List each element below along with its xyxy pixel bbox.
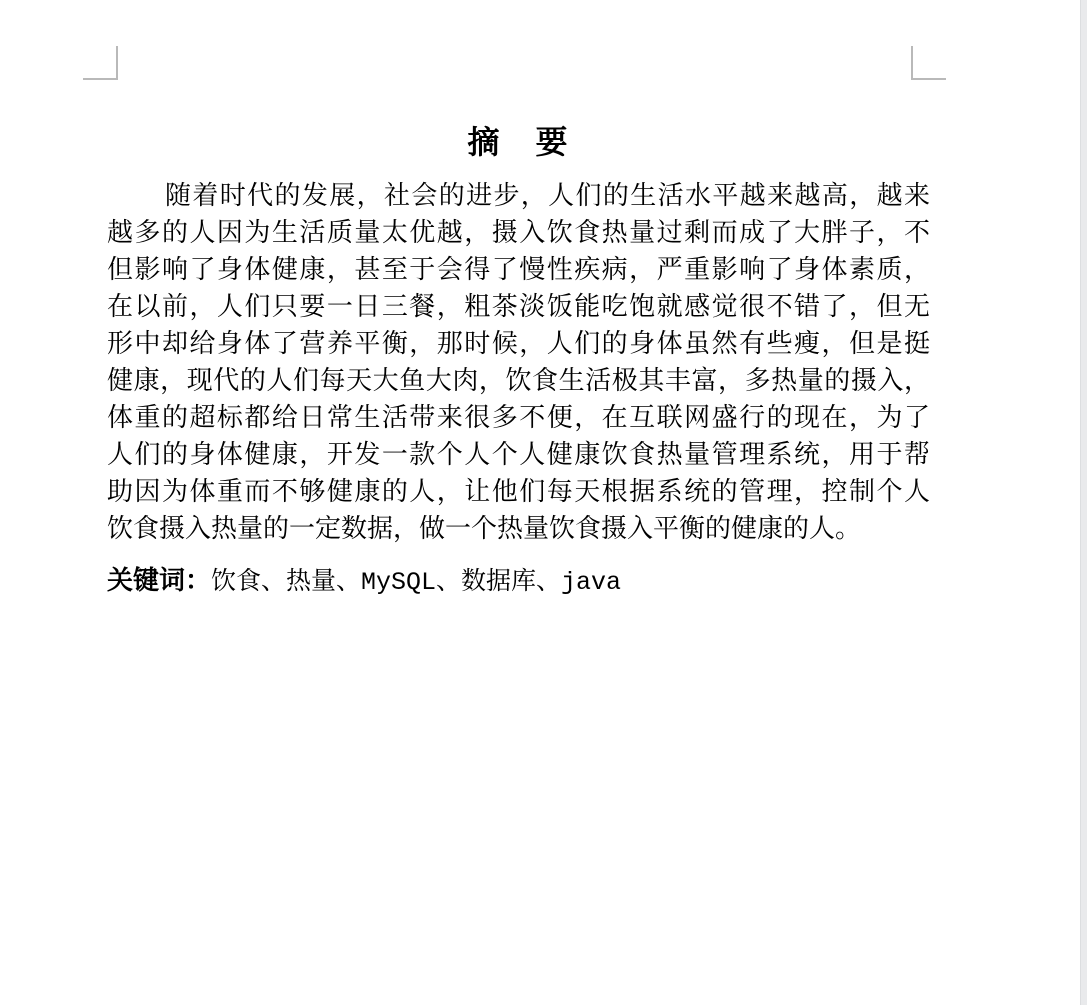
text-boundary-mark-top-right (911, 46, 946, 80)
abstract-paragraph: 随着时代的发展，社会的进步，人们的生活水平越来越高，越来 越多的人因为生活质量太… (107, 177, 930, 547)
abstract-line: 体重的超标都给日常生活带来很多不便，在互联网盛行的现在，为了 (107, 399, 930, 436)
abstract-line: 但影响了身体健康，甚至于会得了慢性疾病，严重影响了身体素质， (107, 251, 930, 288)
abstract-line: 随着时代的发展，社会的进步，人们的生活水平越来越高，越来 (107, 177, 930, 214)
abstract-line: 在以前，人们只要一日三餐，粗茶淡饭能吃饱就感觉很不错了，但无 (107, 288, 930, 325)
keywords-line: 关键词：饮食、热量、MySQL、数据库、java (107, 562, 930, 601)
document-page: 摘 要 随着时代的发展，社会的进步，人们的生活水平越来越高，越来 越多的人因为生… (0, 0, 1087, 1005)
abstract-line: 助因为体重而不够健康的人，让他们每天根据系统的管理，控制个人 (107, 473, 930, 510)
abstract-line: 形中却给身体了营养平衡，那时候，人们的身体虽然有些瘦，但是挺 (107, 325, 930, 362)
page-title: 摘 要 (107, 121, 930, 163)
abstract-line: 越多的人因为生活质量太优越，摄入饮食热量过剩而成了大胖子，不 (107, 214, 930, 251)
page-right-edge (1080, 0, 1087, 1005)
keywords-label: 关键词： (107, 565, 211, 595)
abstract-line: 健康，现代的人们每天大鱼大肉，饮食生活极其丰富，多热量的摄入， (107, 362, 930, 399)
abstract-line: 人们的身体健康，开发一款个人个人健康饮食热量管理系统，用于帮 (107, 436, 930, 473)
keywords-value: 饮食、热量、MySQL、数据库、java (211, 568, 621, 597)
abstract-line: 饮食摄入热量的一定数据，做一个热量饮食摄入平衡的健康的人。 (107, 510, 930, 547)
text-boundary-mark-top-left (83, 46, 118, 80)
